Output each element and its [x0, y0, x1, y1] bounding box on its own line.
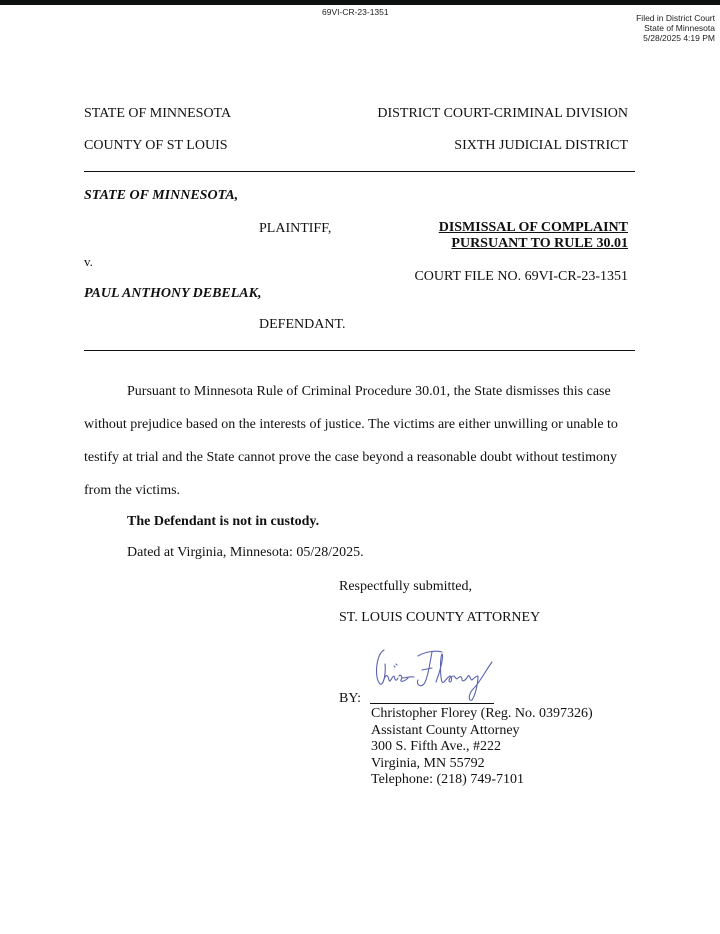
signatory-name: Christopher Florey (Reg. No. 0397326) [371, 706, 593, 723]
dated-line: Dated at Virginia, Minnesota: 05/28/2025… [127, 545, 364, 561]
signature-line [370, 703, 494, 704]
document-title-line1: DISMISSAL OF COMPLAINT [439, 220, 628, 236]
plaintiff-name: STATE OF MINNESOTA, [84, 188, 238, 204]
filing-stamp: Filed in District Court State of Minneso… [636, 13, 715, 43]
signatory-block: Christopher Florey (Reg. No. 0397326) As… [371, 706, 593, 789]
caption-divider-bottom [84, 350, 635, 351]
body-paragraph: Pursuant to Minnesota Rule of Criminal P… [84, 375, 634, 507]
signatory-phone: Telephone: (218) 749-7101 [371, 772, 593, 789]
document-title: DISMISSAL OF COMPLAINT PURSUANT TO RULE … [439, 220, 628, 252]
caption-county: COUNTY OF ST LOUIS [84, 138, 228, 154]
plaintiff-role: PLAINTIFF, [259, 221, 331, 237]
office-name: ST. LOUIS COUNTY ATTORNEY [339, 610, 540, 626]
signatory-title: Assistant County Attorney [371, 723, 593, 740]
caption-state: STATE OF MINNESOTA [84, 106, 231, 122]
body-paragraph-text: Pursuant to Minnesota Rule of Criminal P… [84, 384, 618, 498]
filing-stamp-line: State of Minnesota [636, 23, 715, 33]
by-label: BY: [339, 691, 361, 707]
versus: v. [84, 254, 93, 270]
court-file-number: COURT FILE NO. 69VI-CR-23-1351 [414, 269, 628, 285]
caption-district: SIXTH JUDICIAL DISTRICT [454, 138, 628, 154]
closing: Respectfully submitted, [339, 579, 472, 595]
custody-statement: The Defendant is not in custody. [127, 514, 319, 530]
signature-image [370, 642, 495, 702]
handwritten-signature-icon [370, 642, 495, 702]
caption-court: DISTRICT COURT-CRIMINAL DIVISION [377, 106, 628, 122]
defendant-name: PAUL ANTHONY DEBELAK, [84, 286, 261, 302]
document-title-line2: PURSUANT TO RULE 30.01 [439, 236, 628, 252]
top-bar [0, 0, 720, 5]
header-case-number: 69VI-CR-23-1351 [322, 7, 389, 17]
signatory-address-line2: Virginia, MN 55792 [371, 756, 593, 773]
defendant-role: DEFENDANT. [259, 317, 345, 333]
caption-divider-top [84, 171, 635, 172]
signatory-address-line1: 300 S. Fifth Ave., #222 [371, 739, 593, 756]
filing-stamp-line: 5/28/2025 4:19 PM [636, 33, 715, 43]
filing-stamp-line: Filed in District Court [636, 13, 715, 23]
